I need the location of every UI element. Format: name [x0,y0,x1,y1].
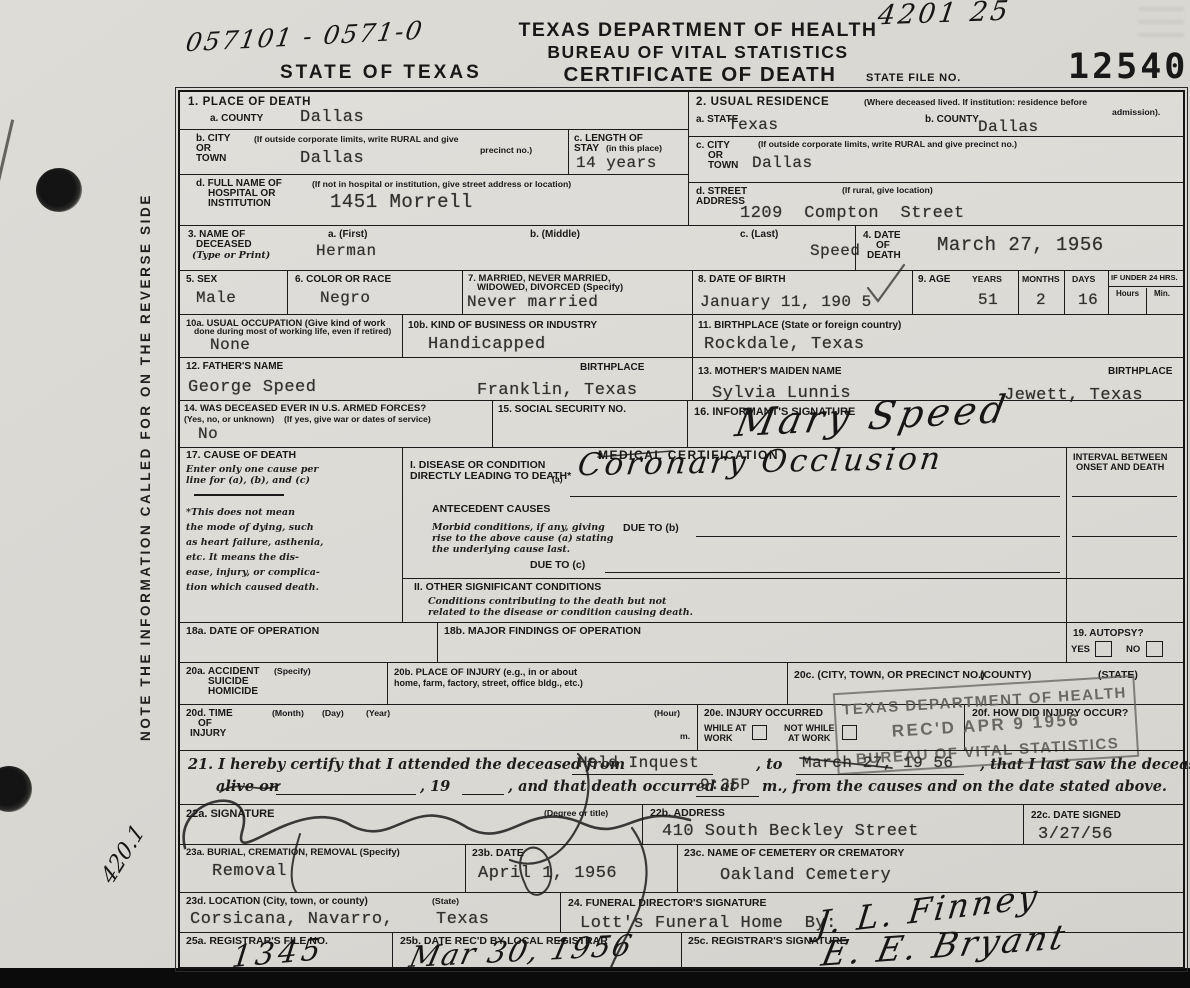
first-name: Herman [316,242,377,260]
funeral-director-label: 24. FUNERAL DIRECTOR'S SIGNATURE [568,898,767,910]
divider [402,314,403,357]
while-at-label: WHILE AT [704,723,747,733]
divider [194,494,284,496]
state-file-no: 12540 [1068,48,1188,87]
mother-label: 13. MOTHER'S MAIDEN NAME [698,366,842,377]
certify-text-7: m., from the causes and on the date stat… [762,778,1167,795]
hospital-label3: INSTITUTION [208,198,271,209]
date-signed: 3/27/56 [1038,825,1113,844]
reverse-side-note: NOTE THE INFORMATION CALLED FOR ON THE R… [138,91,153,843]
divider [1108,286,1183,287]
not-while-label2: AT WORK [788,733,830,743]
header-state: STATE OF TEXAS [280,62,482,83]
dob-value: January 11, 190 5 [700,293,872,311]
date-of-death-label3: DEATH [867,250,901,261]
dob-label: 8. DATE OF BIRTH [698,274,786,285]
age-days: 16 [1078,291,1098,309]
age-months-label: MONTHS [1022,275,1060,285]
cod-italic5: ease, injury, or complica- [186,567,320,578]
age-months: 2 [1036,291,1046,309]
certify-text-4: alive on [216,778,279,795]
armed-forces-note2: (If yes, give war or dates of service) [284,415,431,425]
divider [180,225,1183,226]
cod-italic4: etc. It means the dis- [186,552,299,563]
mother-birthplace-label: BIRTHPLACE [1108,366,1172,377]
year-label: (Year) [366,709,390,719]
divider [688,92,689,225]
disease-label-a: (a) [552,475,563,485]
divider [402,447,403,622]
other-conditions-note2: related to the disease or condition caus… [428,607,693,618]
divider [681,932,682,967]
divider [696,536,1060,537]
city-label-town: TOWN [196,153,226,164]
divider [180,129,688,130]
under24-label: IF UNDER 24 HRS. [1111,274,1178,283]
not-while-label: NOT WHILE [784,723,835,733]
sex-value: Male [196,289,236,307]
scan-edge-bottom [0,968,1190,988]
divider [692,357,693,400]
header-department: TEXAS DEPARTMENT OF HEALTH [512,20,884,42]
burial-label: 23a. BURIAL, CREMATION, REMOVAL (Specify… [186,848,400,859]
degree-or-title-label: (Degree or title) [544,809,608,819]
scan-streak [0,119,14,251]
burial-state-label: (State) [432,897,459,907]
mother-birthplace: Jewett, Texas [1004,386,1143,405]
divider [287,270,288,314]
margin-handwriting: 420.1 [97,820,150,890]
place-of-injury-label2: home, farm, factory, street, office bldg… [394,678,583,688]
divider [688,136,1183,137]
divider [1023,804,1024,844]
city-note2: precinct no.) [480,146,532,156]
physician-signature-label: 22a. SIGNATURE [186,808,274,820]
divider [180,174,688,175]
divider [465,844,466,892]
divider [437,622,438,662]
certify-text-3: , that I last saw the deceased [980,756,1190,773]
while-at-work-checkbox [752,725,767,740]
accident-note: (Specify) [274,667,311,677]
county-value: Dallas [300,108,364,127]
place-of-death-title: 1. PLACE OF DEATH [188,96,311,109]
header-title: CERTIFICATE OF DEATH [540,64,860,87]
divider [568,129,569,174]
other-conditions-label: II. OTHER SIGNIFICANT CONDITIONS [414,582,601,594]
certify-to-value: March 27, 19 56 [796,754,964,775]
punch-hole-bottom [0,766,32,812]
age-days-label: DAYS [1072,275,1095,285]
burial-location-state: Texas [436,910,490,929]
birthplace-label: 11. BIRTHPLACE (State or foreign country… [698,320,901,331]
divider [1072,496,1177,497]
age-label: 9. AGE [918,274,950,285]
disease-label2: DIRECTLY LEADING TO DEATH* [410,471,571,483]
min-label: Min. [1154,290,1170,299]
registrar-file-no: 1345 [230,932,326,976]
while-at-label2: WORK [704,733,733,743]
divider [180,270,1183,271]
header-bureau: BUREAU OF VITAL STATISTICS [512,43,884,63]
cause-of-death-title: 17. CAUSE OF DEATH [186,450,296,462]
street-note: (If rural, give location) [842,186,933,196]
father-label: 12. FATHER'S NAME [186,361,283,372]
race-value: Negro [320,289,371,307]
hospital-note: (If not in hospital or institution, give… [312,180,571,190]
morbid-note3: the underlying cause last. [432,544,570,555]
divider [180,844,1183,845]
divider [912,270,913,314]
certify-text-1: 21. I hereby certify that I attended the… [188,756,625,773]
divider [677,844,678,892]
date-of-death: March 27, 1956 [937,234,1104,256]
divider [692,270,693,314]
middle-name-label: b. (Middle) [530,229,580,240]
autopsy-yes-label: YES [1071,645,1090,656]
morbid-note2: rise to the above cause (a) stating [432,533,613,544]
residence-state: Texas [728,116,779,134]
certify-from-value: Held Inquest [572,754,713,775]
divider [180,804,1183,805]
marital-value: Never married [467,293,598,311]
cod-italic2: the mode of dying, such [186,522,314,533]
occupation-value: None [210,336,250,354]
divider [688,182,1183,183]
cemetery-value: Oakland Cemetery [720,866,891,885]
residence-note: (Where deceased lived. If institution: r… [864,98,1087,108]
injury-city-label: 20c. (CITY, TOWN, OR PRECINCT NO.) [794,670,985,682]
age-years: 51 [978,291,998,309]
divider [560,892,561,932]
birthplace-value: Rockdale, Texas [704,335,865,354]
burial-value: Removal [212,862,287,881]
physician-address-label: 22b. ADDRESS [650,808,725,820]
divider [402,578,1183,579]
city-value: Dallas [300,149,364,168]
burial-date-label: 23b. DATE [472,848,524,860]
state-file-no-label: STATE FILE NO. [866,72,961,84]
father-birthplace-label: BIRTHPLACE [580,362,644,373]
certify-text-2: , to [756,756,782,773]
burial-location-label: 23d. LOCATION (City, town, or county) [186,896,368,907]
interval-label: INTERVAL BETWEEN [1073,452,1168,462]
residence-city-note: (If outside corporate limits, write RURA… [758,140,1017,150]
divider [180,622,1183,623]
divider [1072,536,1177,537]
divider [605,572,1060,573]
last-name-label: c. (Last) [740,229,778,240]
scanned-death-certificate: NOTE THE INFORMATION CALLED FOR ON THE R… [0,0,1190,988]
divider [1108,270,1109,314]
race-label: 6. COLOR OR RACE [295,274,391,285]
divider [1066,447,1067,622]
certificate-form: 1. PLACE OF DEATH a. COUNTY Dallas b. CI… [178,90,1185,969]
morbid-note1: Morbid conditions, if any, giving [432,522,605,533]
divider [462,270,463,314]
registrar-signature-label: 25c. REGISTRAR'S SIGNATURE [688,936,847,948]
autopsy-yes-checkbox [1095,641,1112,657]
major-findings-label: 18b. MAJOR FINDINGS OF OPERATION [444,626,641,638]
injury-occurred-label: 20e. INJURY OCCURRED [704,708,823,719]
cause-a-value: Coronary Occlusion [576,441,945,483]
divider [492,400,493,447]
hours-label: Hours [1116,290,1139,299]
due-to-c-label: DUE TO (c) [530,560,585,572]
divider [180,314,1183,315]
autopsy-no-label: NO [1126,645,1140,656]
month-label: (Month) [272,709,304,719]
father-birthplace: Franklin, Texas [477,381,638,400]
day-label: (Day) [322,709,344,719]
certify-text-5: , 19 [420,778,450,795]
stay-value: 14 years [576,154,657,172]
armed-forces-note: (Yes, no, or unknown) [184,415,274,425]
residence-county: Dallas [978,118,1039,136]
time-of-injury-injury: INJURY [190,728,226,739]
divider [687,400,688,447]
cod-note1: Enter only one cause per [186,464,318,475]
date-of-operation-label: 18a. DATE OF OPERATION [186,626,319,638]
age-years-label: YEARS [972,275,1002,285]
other-conditions-note1: Conditions contributing to the death but… [428,596,666,607]
antecedent-label: ANTECEDENT CAUSES [432,504,550,516]
date-signed-label: 22c. DATE SIGNED [1031,810,1121,821]
armed-forces-value: No [198,425,218,443]
autopsy-no-checkbox [1146,641,1163,657]
homicide-label: HOMICIDE [208,686,258,697]
divider [392,932,393,967]
burial-location: Corsicana, Navarro, [190,910,393,929]
street-value: 1209 Compton Street [740,204,965,223]
blank-line [276,794,416,795]
divider [180,400,1183,401]
residence-city: Dallas [752,154,813,172]
divider [570,496,1060,497]
residence-note2: admission). [1112,108,1160,118]
divider [1064,270,1065,314]
cod-note2: line for (a), (b), and (c) [186,475,310,486]
autopsy-label: 19. AUTOPSY? [1073,628,1144,639]
divider [692,314,693,357]
cod-italic3: as heart failure, asthenia, [186,537,323,548]
handwritten-code: 4201 25 [876,0,1013,31]
name-label3: (Type or Print) [192,250,270,261]
residence-county-label: b. COUNTY [925,114,979,125]
interval-label2: ONSET AND DEATH [1076,462,1164,472]
cod-italic6: tion which caused death. [186,582,319,593]
cod-italic1: *This does not mean [186,507,295,518]
bleed-through [1138,6,1184,46]
divider [180,662,1183,663]
hospital-value: 1451 Morrell [330,191,473,213]
county-label: a. COUNTY [210,113,263,124]
injury-county-label: (COUNTY) [980,670,1031,682]
hour-label: (Hour) [654,709,680,719]
time-of-death-value: 9:35P [696,776,759,797]
burial-date: April 1, 1956 [478,864,617,883]
first-name-label: a. (First) [328,229,367,240]
divider [1066,622,1067,662]
divider [387,662,388,704]
divider [855,225,856,270]
stay-label2: STAY [574,143,599,154]
street-label2: ADDRESS [696,196,745,207]
residence-city-town: TOWN [708,160,738,171]
cemetery-label: 23c. NAME OF CEMETERY OR CREMATORY [684,848,904,860]
usual-residence-title: 2. USUAL RESIDENCE [696,96,829,109]
divider [697,704,698,750]
physician-address: 410 South Beckley Street [662,822,919,841]
name-label2: DECEASED [196,239,252,250]
city-note: (If outside corporate limits, write RURA… [254,135,459,145]
handwritten-serial: 057101 - 0571-0 [184,16,426,58]
last-name: Speed [810,242,861,260]
industry-value: Handicapped [428,335,546,354]
divider [1146,288,1147,314]
stay-note: (in this place) [606,144,662,154]
industry-label: 10b. KIND OF BUSINESS OR INDUSTRY [408,320,597,331]
ssn-label: 15. SOCIAL SECURITY NO. [498,404,626,415]
due-to-b-label: DUE TO (b) [623,523,679,535]
am-pm-label: m. [680,732,690,742]
divider [1018,270,1019,314]
blank-line [462,794,504,795]
divider [642,804,643,844]
divider [180,750,1183,751]
divider [180,357,1183,358]
sex-label: 5. SEX [186,274,217,285]
punch-hole-top [36,168,82,212]
father-name: George Speed [188,378,316,397]
divider [787,662,788,704]
